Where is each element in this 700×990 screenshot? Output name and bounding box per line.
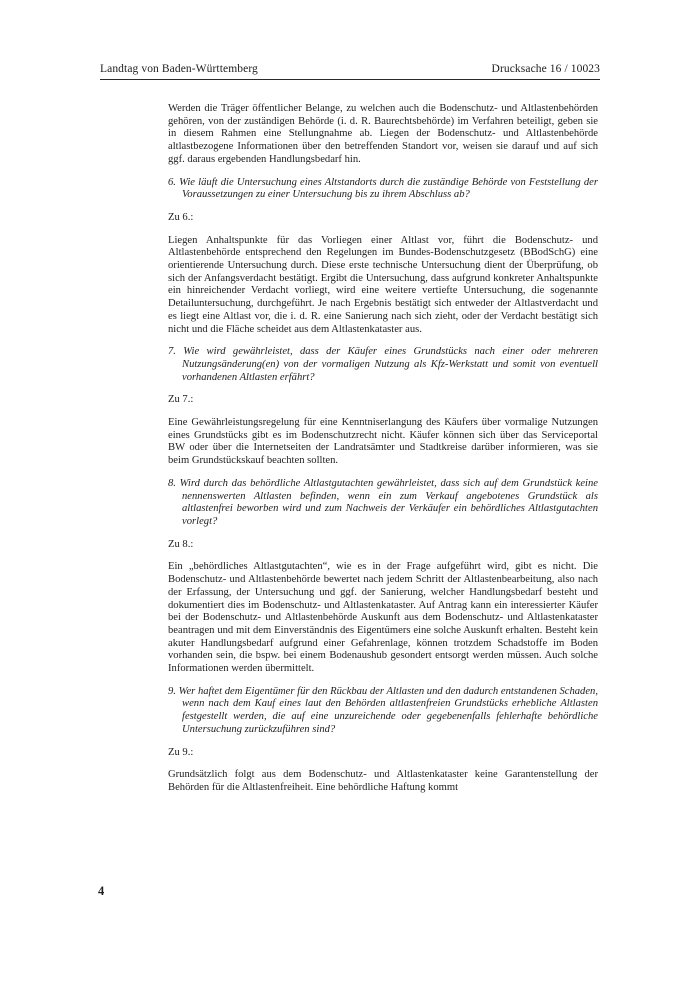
- page-number: 4: [98, 884, 104, 898]
- question-paragraph: 7. Wie wird gewährleistet, dass der Käuf…: [168, 346, 598, 384]
- page-header: Landtag von Baden-Württemberg Drucksache…: [100, 63, 600, 75]
- document-body: Werden die Träger öffentlicher Belange, …: [168, 103, 598, 805]
- body-paragraph: Ein „behördliches Altlastgutachten“, wie…: [168, 561, 598, 675]
- answer-label: Zu 7.:: [168, 394, 598, 407]
- answer-label: Zu 8.:: [168, 539, 598, 552]
- body-paragraph: Grundsätzlich folgt aus dem Bodenschutz-…: [168, 769, 598, 794]
- question-paragraph: 6. Wie läuft die Untersuchung eines Alts…: [168, 177, 598, 202]
- header-rule: [100, 79, 600, 80]
- page-footer: 4: [98, 884, 104, 899]
- body-paragraph: Werden die Träger öffentlicher Belange, …: [168, 103, 598, 167]
- answer-label: Zu 6.:: [168, 212, 598, 225]
- answer-label: Zu 9.:: [168, 747, 598, 760]
- body-paragraph: Liegen Anhaltspunkte für das Vorliegen e…: [168, 235, 598, 337]
- header-document-number: Drucksache 16 / 10023: [492, 63, 600, 75]
- body-paragraph: Eine Gewährleistungsregelung für eine Ke…: [168, 417, 598, 468]
- question-paragraph: 8. Wird durch das behördliche Altlastgut…: [168, 478, 598, 529]
- question-paragraph: 9. Wer haftet dem Eigentümer für den Rüc…: [168, 686, 598, 737]
- document-page: Landtag von Baden-Württemberg Drucksache…: [0, 0, 700, 990]
- header-publisher: Landtag von Baden-Württemberg: [100, 63, 258, 75]
